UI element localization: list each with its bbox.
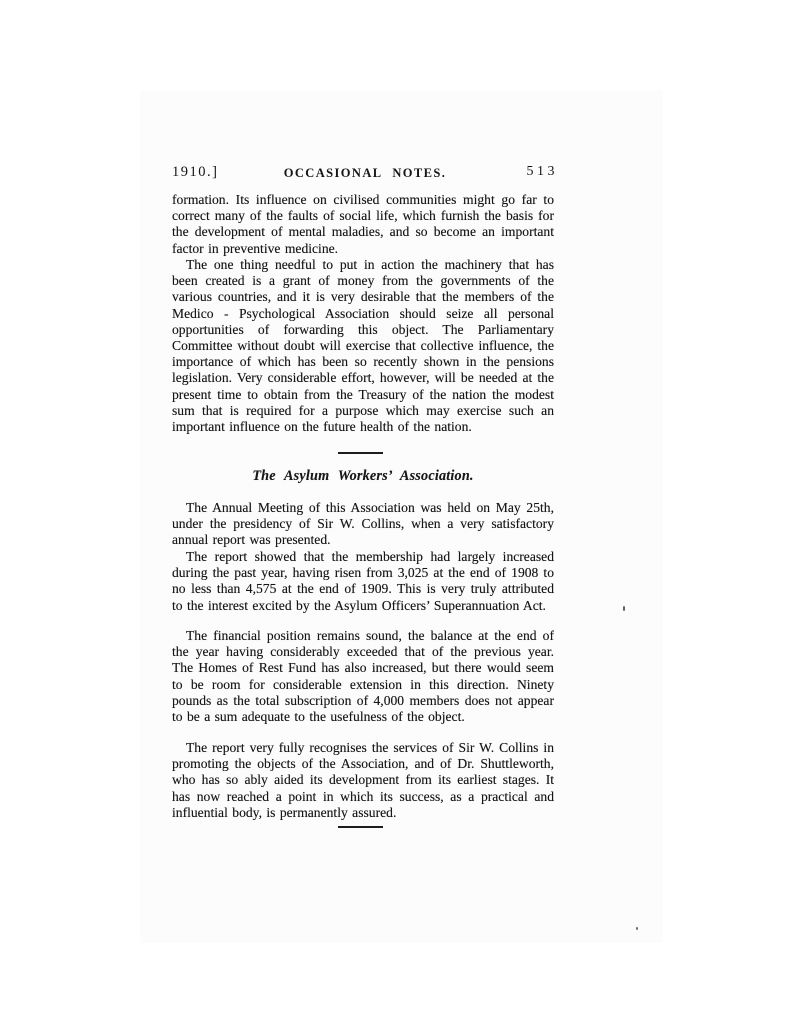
scan-background: 1910.] OCCASIONAL NOTES. 513 formation. … <box>0 0 800 1036</box>
paragraph-continuation: formation. Its influence on civilised co… <box>172 192 554 257</box>
paragraph-machinery: The one thing needful to put in action t… <box>172 257 554 435</box>
header-title: OCCASIONAL NOTES. <box>172 166 558 181</box>
paragraph-membership: The report showed that the membership ha… <box>172 549 554 614</box>
ink-speck <box>623 606 625 611</box>
section-divider <box>338 452 383 454</box>
running-header: 1910.] OCCASIONAL NOTES. 513 <box>172 164 558 182</box>
header-page-number: 513 <box>527 164 559 180</box>
paragraph-recognition: The report very fully recognises the ser… <box>172 740 554 821</box>
section-heading: The Asylum Workers’ Association. <box>172 468 554 485</box>
paragraph-annual-meeting: The Annual Meeting of this Association w… <box>172 500 554 549</box>
ink-speck <box>636 927 638 930</box>
paragraph-finances: The financial position remains sound, th… <box>172 628 554 725</box>
section-divider <box>338 826 383 828</box>
